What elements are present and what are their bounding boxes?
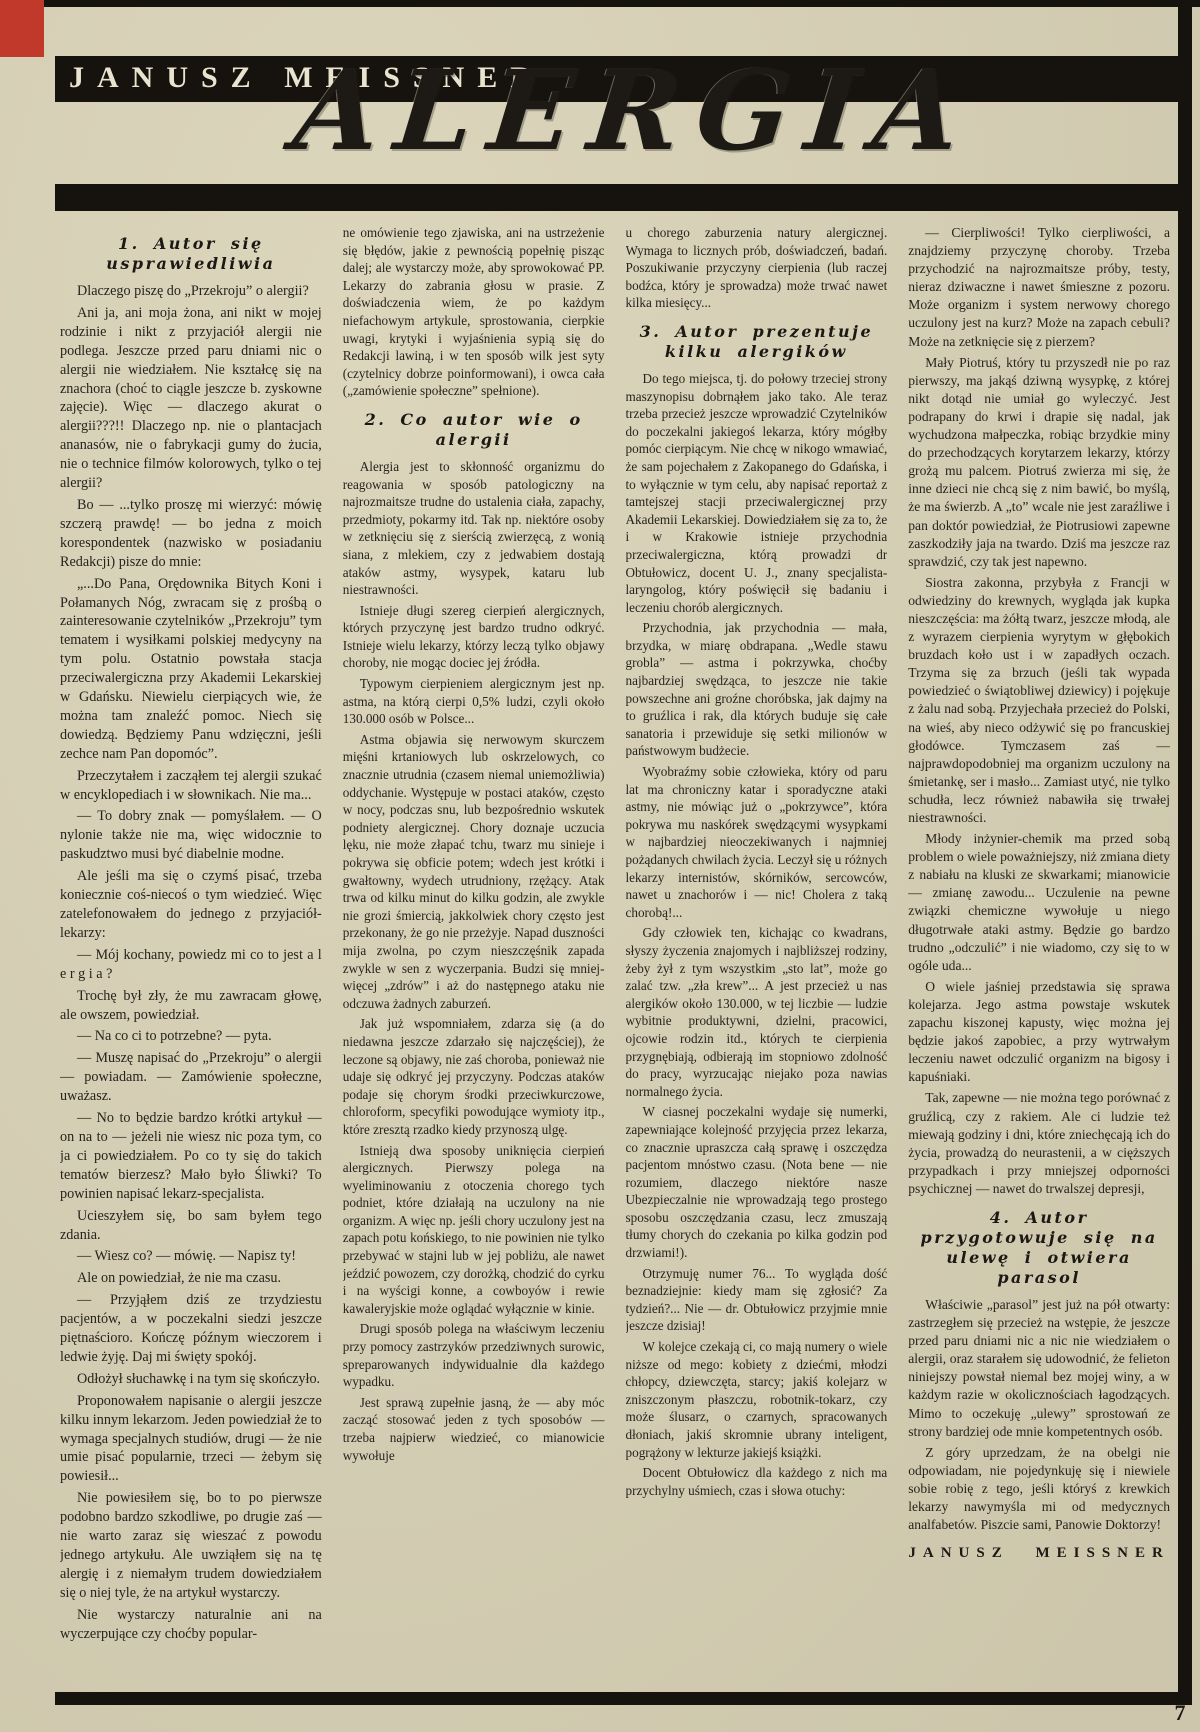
paragraph: Tak, zapewne — nie można tego porównać z… [908,1089,1170,1198]
paragraph: — Przyjąłem dziś ze trzydziestu pacjentó… [60,1291,322,1367]
column-4: — Cierpliwości! Tylko cierpliwości, a zn… [908,224,1170,1686]
paragraph: Jak już wspomniałem, zdarza się (a do ni… [343,1015,605,1138]
paragraph: O wiele jaśniej przedstawia się sprawa k… [908,978,1170,1087]
paragraph: ne omówienie tego zjawiska, ani na ustrz… [343,224,605,400]
paragraph: Odłożył słuchawkę i na tym się skończyło… [60,1370,322,1389]
paragraph: Typowym cierpieniem alergicznym jest np.… [343,675,605,728]
paragraph: Jest sprawą zupełnie jasną, że — aby móc… [343,1394,605,1464]
column-2: ne omówienie tego zjawiska, ani na ustrz… [343,224,605,1686]
column-1: 1. Autor się usprawiedliwiaDlaczego pisz… [60,224,322,1686]
paragraph: Siostra zakonna, przybyła z Francji w od… [908,574,1170,827]
paragraph: — Cierpliwości! Tylko cierpliwości, a zn… [908,224,1170,351]
paragraph: Dlaczego piszę do „Przekroju” o alergii? [60,282,322,301]
right-edge-bar [1178,0,1192,1705]
paragraph: Astma objawia się nerwowym skurczem mięś… [343,731,605,1013]
paragraph: — No to będzie bardzo krótki artykuł — o… [60,1109,322,1204]
paragraph: Drugi sposób polega na właściwym leczeni… [343,1320,605,1390]
paragraph: u chorego zaburzenia natury alergicznej.… [626,224,888,312]
paragraph: Nie powiesiłem się, bo to po pierwsze po… [60,1489,322,1602]
top-edge-rule [0,0,1200,7]
paragraph: Alergia jest to skłonność organizmu do r… [343,458,605,599]
paragraph: Ale on powiedział, że nie ma czasu. [60,1269,322,1288]
paragraph: „...Do Pana, Orędownika Bitych Koni i Po… [60,575,322,764]
paragraph: Gdy człowiek ten, kichając co kwadrans, … [626,924,888,1100]
paragraph: Otrzymuję numer 76... To wygląda dość be… [626,1265,888,1335]
article-body: 1. Autor się usprawiedliwiaDlaczego pisz… [60,224,1170,1686]
paragraph: Młody inżynier-chemik ma przed sobą prob… [908,830,1170,975]
paragraph: Trochę był zły, że mu zawracam głowę, al… [60,987,322,1025]
bottom-rule [55,1692,1178,1705]
paragraph: Przychodnia, jak przychodnia — mała, brz… [626,619,888,760]
paragraph: Ani ja, ani moja żona, ani nikt w mojej … [60,304,322,493]
paragraph: — Na co ci to potrzebne? — pyta. [60,1027,322,1046]
section-heading: 1. Autor się usprawiedliwia [60,234,322,274]
section-heading: 2. Co autor wie o alergii [343,410,605,450]
paragraph: Do tego miejsca, tj. do połowy trzeciej … [626,370,888,616]
paragraph: Istnieją dwa sposoby uniknięcia cierpień… [343,1142,605,1318]
paragraph: W kolejce czekają ci, co mają numery o w… [626,1338,888,1461]
paragraph: Ucieszyłem się, bo sam byłem tego zdania… [60,1207,322,1245]
author-signature: JANUSZ MEISSNER [908,1544,1170,1562]
paragraph: Nie wystarczy naturalnie ani na wyczerpu… [60,1606,322,1644]
corner-red-block [0,0,44,57]
title-under-rule [55,184,1178,211]
page-number: 7 [1165,1700,1195,1726]
section-heading: 4. Autor przygotowuje się na ulewę i otw… [908,1208,1170,1288]
paragraph: Proponowałem napisanie o alergii jeszcze… [60,1392,322,1487]
paragraph: Docent Obtułowicz dla każdego z nich ma … [626,1464,888,1499]
paragraph: Ale jeśli ma się o czymś pisać, trzeba k… [60,867,322,943]
paragraph: Istnieje długi szereg cierpień alergiczn… [343,602,605,672]
paragraph: — Mój kochany, powiedz mi co to jest a l… [60,946,322,984]
paragraph: Właściwie „parasol” jest już na pół otwa… [908,1296,1170,1441]
paragraph: — Wiesz co? — mówię. — Napisz ty! [60,1247,322,1266]
paragraph: Z góry uprzedzam, że na obelgi nie odpow… [908,1444,1170,1534]
paragraph: Wyobraźmy sobie człowieka, który od paru… [626,763,888,921]
magazine-page: JANUSZ MEISSNER ALERGIA 1. Autor się usp… [0,0,1200,1732]
paragraph: — To dobry znak — pomyślałem. — O nyloni… [60,807,322,864]
article-title: ALERGIA [288,48,982,175]
paragraph: — Muszę napisać do „Przekroju” o alergii… [60,1049,322,1106]
paragraph: Mały Piotruś, który tu przyszedł nie po … [908,354,1170,571]
paragraph: Bo — ...tylko proszę mi wierzyć: mówię s… [60,496,322,572]
paragraph: Przeczytałem i zacząłem tej alergii szuk… [60,767,322,805]
paragraph: W ciasnej poczekalni wydaje się numerki,… [626,1103,888,1261]
section-heading: 3. Autor prezentuje kilku alergików [626,322,888,362]
column-3: u chorego zaburzenia natury alergicznej.… [626,224,888,1686]
